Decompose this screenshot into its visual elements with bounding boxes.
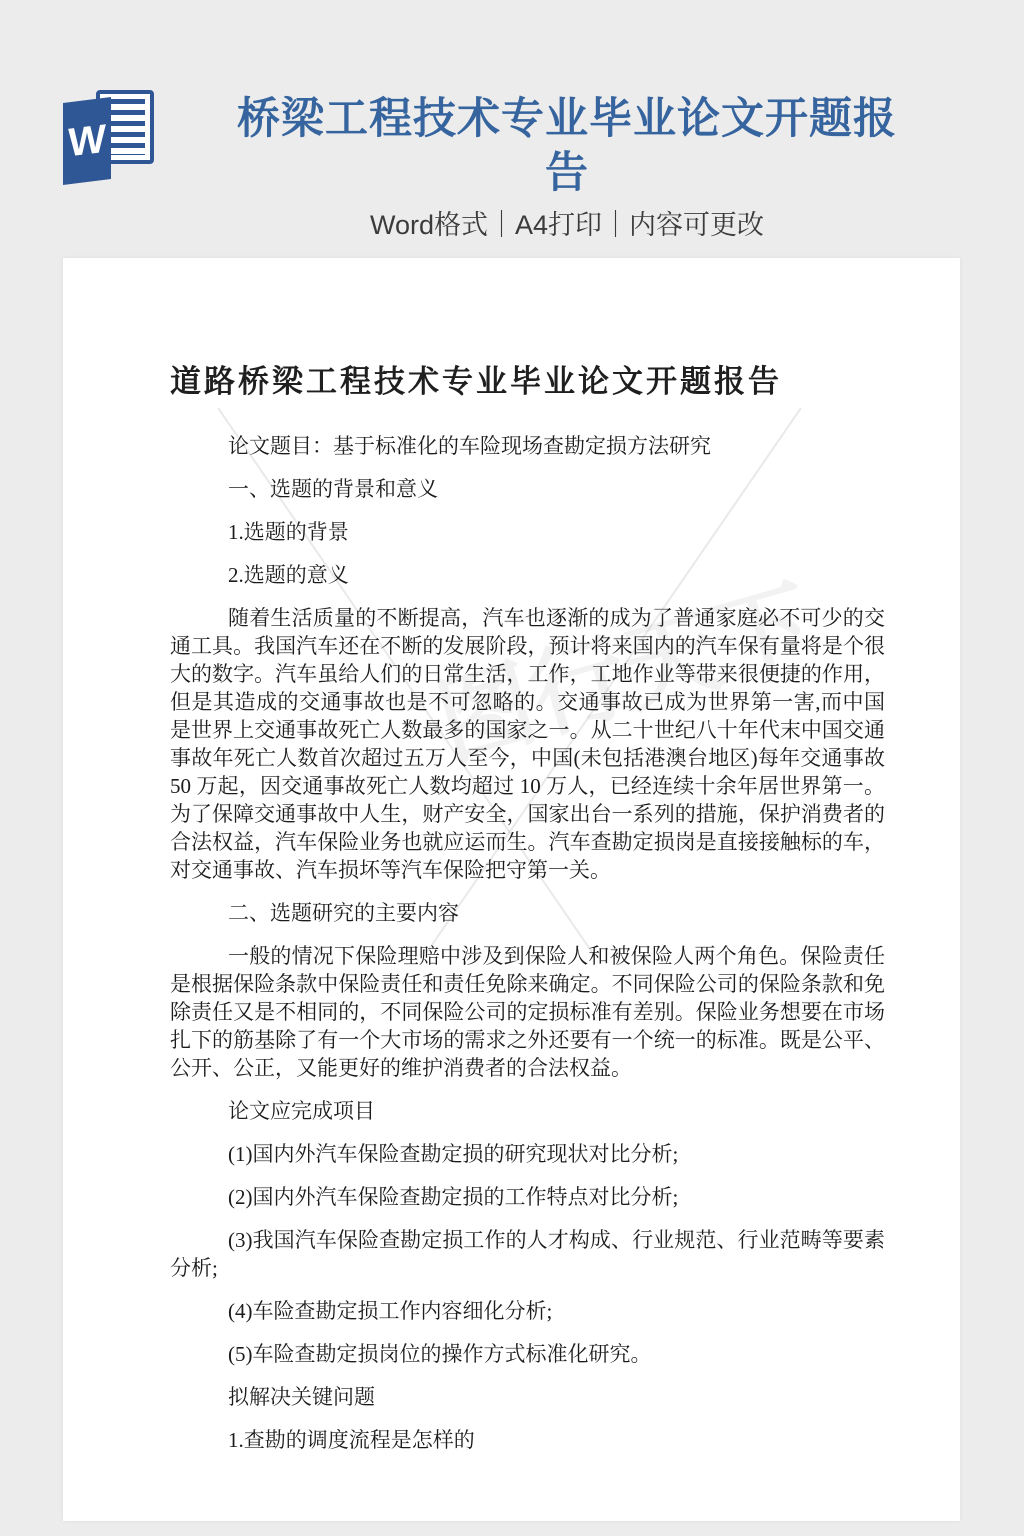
- document-paragraph: 1.查勘的调度流程是怎样的: [170, 1426, 885, 1454]
- document-page: 图行天下 道路桥梁工程技术专业毕业论文开题报告 论文题目：基于标准化的车险现场查…: [63, 258, 960, 1521]
- document-paragraph: 2.选题的意义: [170, 561, 885, 589]
- document-paragraph: 论文应完成项目: [170, 1097, 885, 1125]
- document-paragraph: 一般的情况下保险理赔中涉及到保险人和被保险人两个角色。保险责任是根据保险条款中保…: [170, 942, 885, 1082]
- document-title: 道路桥梁工程技术专业毕业论文开题报告: [170, 362, 885, 402]
- document-paragraph: 二、选题研究的主要内容: [170, 899, 885, 927]
- document-paragraph: (1)国内外汽车保险查勘定损的研究现状对比分析;: [170, 1140, 885, 1168]
- header: W 桥梁工程技术专业毕业论文开题报告 Word格式｜A4打印｜内容可更改: [0, 0, 1024, 258]
- header-text: 桥梁工程技术专业毕业论文开题报告 Word格式｜A4打印｜内容可更改: [222, 92, 912, 242]
- word-sheet-lines: [108, 99, 145, 155]
- page-canvas: W 桥梁工程技术专业毕业论文开题报告 Word格式｜A4打印｜内容可更改 图行天…: [0, 0, 1024, 1536]
- document-paragraph: (4)车险查勘定损工作内容细化分析;: [170, 1297, 885, 1325]
- page-subtitle: Word格式｜A4打印｜内容可更改: [222, 208, 912, 242]
- word-letter: W: [68, 116, 106, 166]
- document-paragraph: 1.选题的背景: [170, 518, 885, 546]
- document-paragraph: 拟解决关键问题: [170, 1383, 885, 1411]
- document-content: 道路桥梁工程技术专业毕业论文开题报告 论文题目：基于标准化的车险现场查勘定损方法…: [63, 258, 960, 1521]
- document-body: 论文题目：基于标准化的车险现场查勘定损方法研究一、选题的背景和意义1.选题的背景…: [170, 432, 885, 1454]
- page-title: 桥梁工程技术专业毕业论文开题报告: [222, 92, 912, 200]
- document-paragraph: (2)国内外汽车保险查勘定损的工作特点对比分析;: [170, 1183, 885, 1211]
- word-flag-icon: W: [63, 97, 111, 185]
- document-paragraph: 一、选题的背景和意义: [170, 475, 885, 503]
- document-paragraph: 随着生活质量的不断提高，汽车也逐渐的成为了普通家庭必不可少的交通工具。我国汽车还…: [170, 604, 885, 884]
- document-paragraph: (5)车险查勘定损岗位的操作方式标准化研究。: [170, 1340, 885, 1368]
- word-document-icon: W: [63, 88, 173, 194]
- document-paragraph: (3)我国汽车保险查勘定损工作的人才构成、行业规范、行业范畴等要素分析;: [170, 1226, 885, 1282]
- document-paragraph: 论文题目：基于标准化的车险现场查勘定损方法研究: [170, 432, 885, 460]
